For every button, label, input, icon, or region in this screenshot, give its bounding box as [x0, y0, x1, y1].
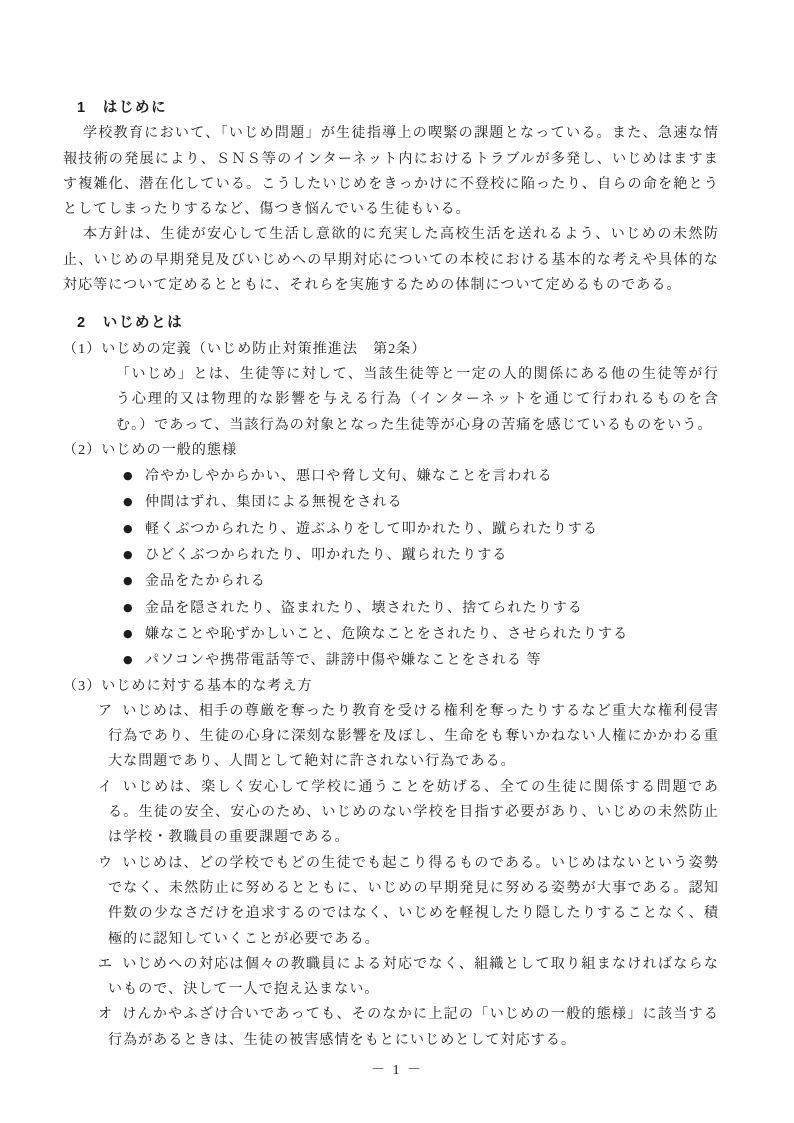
- principle-text: いじめは、相手の尊厳を奪ったり教育を受ける権利を奪ったりするなど重大な権利侵害行…: [108, 704, 719, 770]
- list-item-text: 金品をたかられる: [145, 574, 266, 589]
- list-item: ●金品を隠されたり、盗まれたり、壊されたり、捨てられたりする: [123, 595, 719, 621]
- list-item-text: 仲間はずれ、集団による無視をされる: [145, 495, 403, 510]
- principle-text: けんかやふざけ合いであっても、そのなかに上記の「いじめの一般的態様」に該当する行…: [108, 1007, 719, 1047]
- section-1-heading: 1 はじめに: [77, 96, 719, 121]
- bullet-icon: ●: [123, 621, 145, 646]
- list-item-text: 軽くぶつかられたり、遊ぶふりをして叩かれたり、蹴られたりする: [145, 522, 598, 537]
- list-item: ●仲間はずれ、集団による無視をされる: [123, 489, 719, 515]
- bullying-definition-text: 「いじめ」とは、生徒等に対して、当該生徒等と一定の人的関係にある他の生徒等が行う…: [116, 362, 719, 438]
- principle-text: いじめは、どの学校でもどの生徒でも起こり得るものである。いじめはないという姿勢で…: [108, 856, 719, 947]
- section-2-heading: 2 いじめとは: [77, 311, 719, 336]
- basic-approach-list: アいじめは、相手の尊厳を奪ったり教育を受ける権利を奪ったりするなど重大な権利侵害…: [63, 699, 719, 1053]
- principle-text: いじめへの対応は個々の教職員による対応でなく、組織として取り組まなければならない…: [108, 957, 719, 997]
- list-item-text: 冷やかしやからかい、悪口や脅し文句、嫌なことを言われる: [145, 469, 553, 484]
- section-1-paragraph-1: 学校教育において、「いじめ問題」が生徒指導上の喫緊の課題となっている。また、急速…: [63, 121, 719, 222]
- list-item: ●嫌なことや恥ずかしいこと、危険なことをされたり、させられたりする: [123, 621, 719, 647]
- list-item-text: 嫌なことや恥ずかしいこと、危険なことをされたり、させられたりする: [145, 627, 628, 642]
- bullet-icon: ●: [123, 568, 145, 593]
- list-item: ●軽くぶつかられたり、遊ぶふりをして叩かれたり、蹴られたりする: [123, 516, 719, 542]
- list-item-text: パソコンや携帯電話等で、誹謗中傷や嫌なことをされる 等: [145, 653, 542, 668]
- principle-item-u: ウいじめは、どの学校でもどの生徒でも起こり得るものである。いじめはないという姿勢…: [108, 851, 719, 952]
- list-item: ●金品をたかられる: [123, 568, 719, 594]
- principle-item-o: オけんかやふざけ合いであっても、そのなかに上記の「いじめの一般的態様」に該当する…: [108, 1002, 719, 1053]
- page-number: － 1 －: [0, 1058, 794, 1083]
- principle-text: いじめは、楽しく安心して学校に通うことを妨げる、全ての生徒に関係する問題である。…: [108, 780, 719, 846]
- list-item-text: 金品を隠されたり、盗まれたり、壊されたり、捨てられたりする: [145, 601, 583, 616]
- list-item: ●冷やかしやからかい、悪口や脅し文句、嫌なことを言われる: [123, 463, 719, 489]
- bullet-icon: ●: [123, 463, 145, 488]
- item-marker: ア: [98, 704, 122, 719]
- bullet-icon: ●: [123, 647, 145, 672]
- list-item: ●ひどくぶつかられたり、叩かれたり、蹴られたりする: [123, 542, 719, 568]
- bullet-icon: ●: [123, 489, 145, 514]
- bullet-icon: ●: [123, 595, 145, 620]
- document-content: 1 はじめに 学校教育において、「いじめ問題」が生徒指導上の喫緊の課題となってい…: [63, 96, 719, 1053]
- bullying-forms-list: ●冷やかしやからかい、悪口や脅し文句、嫌なことを言われる ●仲間はずれ、集団によ…: [63, 463, 719, 673]
- basic-approach-item-label: （3）いじめに対する基本的な考え方: [63, 674, 719, 699]
- item-marker: イ: [98, 780, 123, 795]
- definition-item-label: （1）いじめの定義（いじめ防止対策推進法 第2条）: [63, 337, 719, 362]
- bullet-icon: ●: [123, 542, 145, 567]
- principle-item-e: エいじめへの対応は個々の教職員による対応でなく、組織として取り組まなければならな…: [108, 952, 719, 1003]
- general-forms-item-label: （2）いじめの一般的態様: [63, 438, 719, 463]
- bullet-icon: ●: [123, 516, 145, 541]
- item-marker: オ: [98, 1007, 122, 1022]
- item-marker: エ: [98, 957, 122, 972]
- principle-item-a: アいじめは、相手の尊厳を奪ったり教育を受ける権利を奪ったりするなど重大な権利侵害…: [108, 699, 719, 775]
- section-1-paragraph-2: 本方針は、生徒が安心して生活し意欲的に充実した高校生活を送れるよう、いじめの未然…: [63, 222, 719, 298]
- document-page: 1 はじめに 学校教育において、「いじめ問題」が生徒指導上の喫緊の課題となってい…: [0, 0, 794, 1123]
- principle-item-i: イいじめは、楽しく安心して学校に通うことを妨げる、全ての生徒に関係する問題である…: [108, 775, 719, 851]
- list-item: ●パソコンや携帯電話等で、誹謗中傷や嫌なことをされる 等: [123, 647, 719, 673]
- list-item-text: ひどくぶつかられたり、叩かれたり、蹴られたりする: [145, 548, 507, 563]
- item-marker: ウ: [98, 856, 122, 871]
